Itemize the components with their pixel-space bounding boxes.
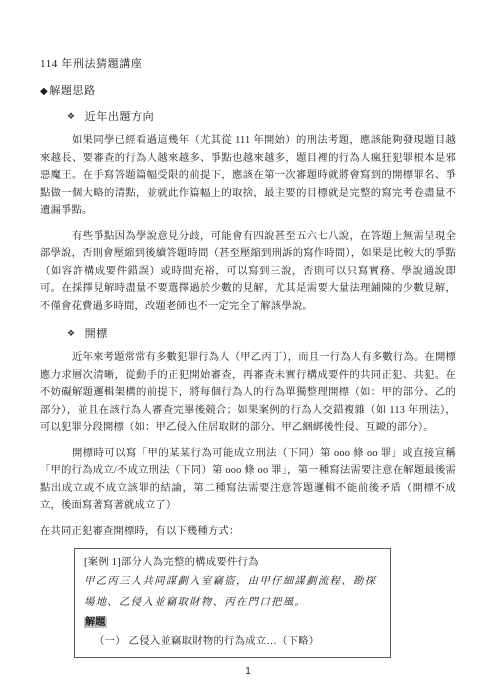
solution-label-row: 解題 <box>84 613 381 632</box>
document-page: 114 年刑法猜題講座 ◆解題思路 ❖近年出題方向 如果同學已經看過這幾年（尤其… <box>0 0 495 700</box>
subsection-heading-kaibiao: ❖開標 <box>40 325 456 341</box>
page-number: 1 <box>40 666 456 677</box>
case-box-header: [案例 1]部分人為完整的構成要件行為 <box>84 553 381 572</box>
section-heading: ◆解題思路 <box>40 82 456 98</box>
black-diamond-bullet-icon: ◆ <box>40 86 48 97</box>
section-title: 解題思路 <box>49 85 95 97</box>
subsection-title-kaibiao: 開標 <box>85 328 108 340</box>
paragraph-exam-trends-1: 如果同學已經看過這幾年（尤其從 111 年開始）的刑法考題，應該能夠發現題目越來… <box>40 132 456 220</box>
outline-diamond-bullet-icon: ❖ <box>67 112 76 122</box>
case-title: 部分人為完整的構成要件行為 <box>121 557 259 568</box>
document-title: 114 年刑法猜題講座 <box>40 55 456 71</box>
case-facts-text: 甲乙丙三人共同謀劃入室竊盜，由甲仔細謀劃流程、勘探場地、乙侵入並竊取財物、丙在門… <box>84 572 381 613</box>
outline-diamond-bullet-icon: ❖ <box>67 329 76 339</box>
lead-in-line: 在共同正犯審查開標時，有以下幾種方式： <box>40 523 456 541</box>
case-example-box: [案例 1]部分人為完整的構成要件行為 甲乙丙三人共同謀劃入室竊盜，由甲仔細謀劃… <box>74 548 391 658</box>
case-label: [案例 1] <box>84 557 121 568</box>
paragraph-exam-trends-2: 有些爭點因為學說意見分歧，可能會有四說甚至五六七八說，在答題上無需呈現全部學說，… <box>40 228 456 316</box>
subsection-heading-exam-trends: ❖近年出題方向 <box>40 108 456 124</box>
paragraph-kaibiao-2: 開標時可以寫「甲的某某行為可能成立刑法（下同）第 ooo 條 oo 罪」或直接宣… <box>40 445 456 515</box>
subsection-title-exam-trends: 近年出題方向 <box>85 111 155 123</box>
solution-first-item: （一） 乙侵入並竊取財物的行為成立…（下略） <box>84 632 381 651</box>
paragraph-kaibiao-1: 近年來考題常常有多數犯罪行為人（甲乙丙丁），而且一行為人有多數行為。在開標應力求… <box>40 349 456 437</box>
solution-label: 解題 <box>84 617 107 628</box>
